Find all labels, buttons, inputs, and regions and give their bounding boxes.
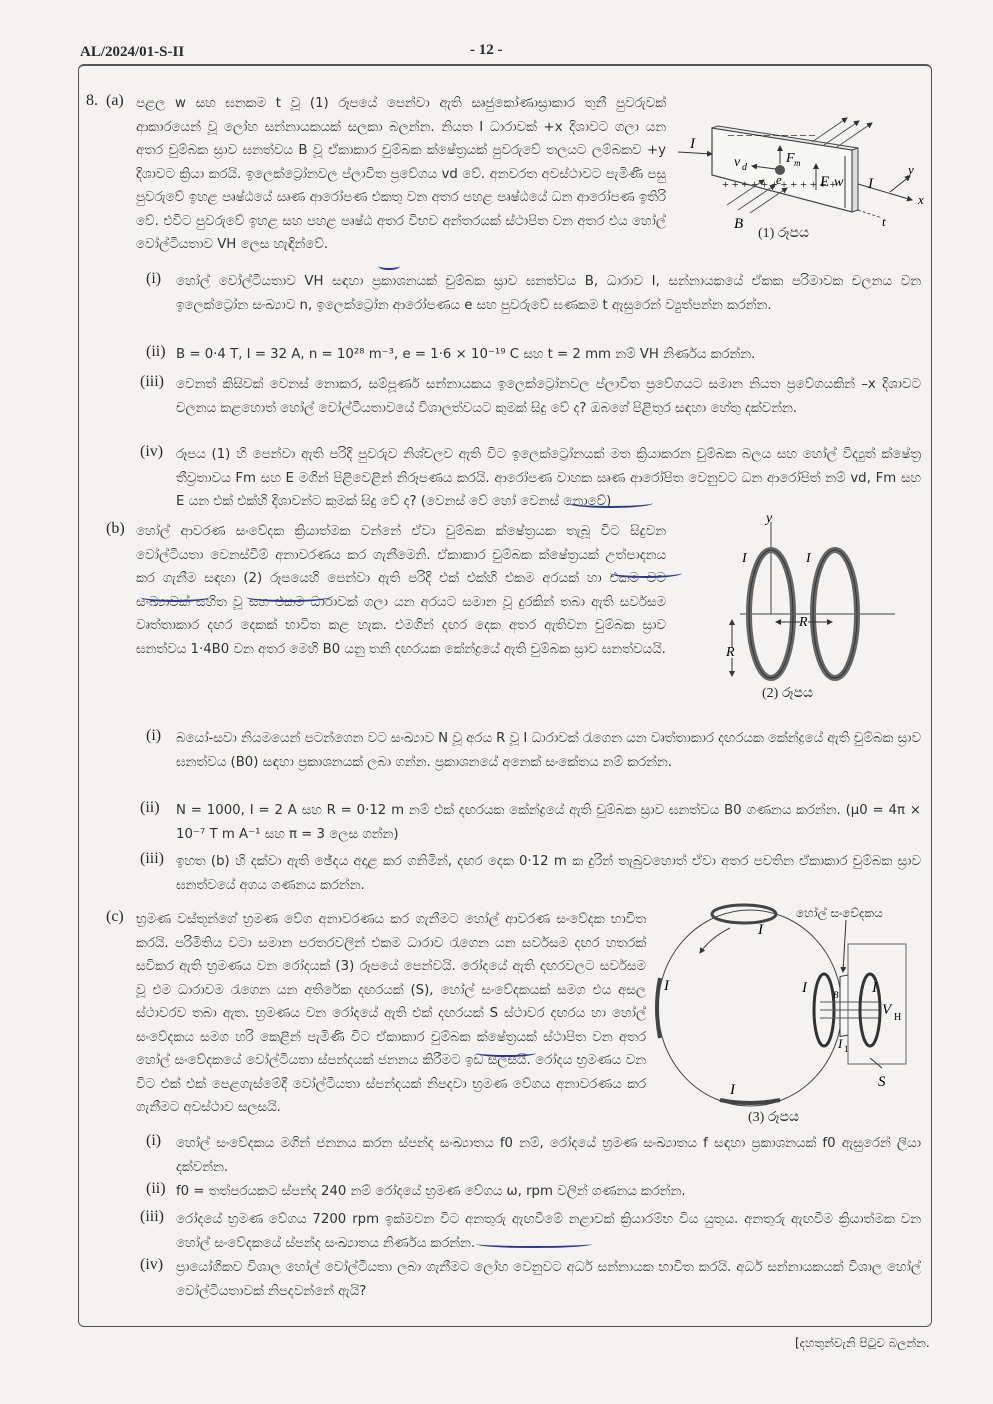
part-a-sub-iv-text: රූපය (1) හි පෙන්වා ඇති පරිදි පුවරුව නිශ්… (176, 443, 921, 514)
svg-text:I: I (729, 1082, 736, 1098)
part-c-sub-i-label: (i) (146, 1132, 161, 1150)
svg-text:I: I (801, 980, 808, 996)
svg-text:I: I (757, 922, 764, 938)
part-c-sub-iii-text: රෝදයේ භ්‍රමණ වේගය 7200 rpm ඉක්මවන විට අන… (176, 1208, 921, 1255)
figure-2-caption: (2) රූපය (762, 686, 813, 702)
svg-text:E: E (819, 174, 829, 190)
part-b-label: (b) (106, 520, 125, 538)
part-c-sub-iv-text: ප්‍රායෝගිකව විශාල හෝල් වෝල්ටීයතා ලබා ගැන… (176, 1256, 921, 1303)
svg-text:‒ ‒ ‒ ‒ ‒ ‒ ‒ ‒ ‒ ‒: ‒ ‒ ‒ ‒ ‒ ‒ ‒ ‒ ‒ ‒ (727, 127, 816, 141)
part-c-sub-ii-text: f0 = තත්පරයකට ස්පන්ද 240 නම් රෝදයේ භ්‍රම… (176, 1180, 921, 1204)
ink-underline (246, 592, 330, 602)
svg-text:v: v (734, 155, 741, 170)
rotating-wheel-diagram: I I I I B I1 I VH S (650, 898, 930, 1134)
svg-text:I: I (805, 551, 812, 566)
paper-code: AL/2024/01-S-II (80, 44, 184, 61)
part-a-sub-ii-label: (ii) (146, 343, 166, 361)
svg-text:I: I (837, 1036, 843, 1051)
part-c-sub-ii-label: (ii) (146, 1180, 166, 1198)
svg-text:B: B (833, 990, 839, 1000)
part-a-sub-i-label: (i) (146, 270, 161, 288)
part-b-sub-i-text: බයෝ-සවා නියමයෙන් පටන්ගෙන වට සංඛ්‍යාව N ව… (176, 727, 921, 774)
helmholtz-coils-diagram: y I I R R (700, 508, 920, 708)
part-c-sub-iii-label: (iii) (140, 1208, 164, 1226)
svg-text:y: y (764, 511, 773, 526)
svg-text:H: H (894, 1012, 901, 1023)
ink-underline (378, 262, 400, 270)
svg-text:m: m (794, 158, 801, 168)
svg-text:V: V (882, 1002, 893, 1018)
part-a-sub-i-text: හෝල් වෝල්ටීයතාව VH සඳහා ප්‍රකාශනයක් චුම්… (176, 270, 921, 317)
part-a-sub-iv-label: (iv) (140, 443, 163, 461)
ink-underline (568, 498, 653, 508)
part-a-sub-ii-text: B = 0·4 T, I = 32 A, n = 10²⁸ m⁻³, e = 1… (176, 343, 921, 367)
svg-text:I: I (867, 176, 874, 192)
part-c-sub-iv-label: (iv) (140, 1256, 163, 1274)
part-b-intro: හෝල් ආවරණ සංවේදක ක්‍රියාත්මක වන්නේ ඒවා ච… (136, 520, 666, 661)
ink-underline (140, 592, 210, 602)
part-a-intro: පළල w සහ ඝනකම t වූ (1) රූපයේ පෙන්වා ඇති … (136, 92, 666, 257)
part-b-sub-ii-text: N = 1000, I = 2 A සහ R = 0·12 m නම් එක් … (176, 799, 921, 846)
part-a-sub-iii-text: වෙනත් කිසිවක් වෙනස් නොකර, සම්පූර්ණ සන්නා… (176, 373, 921, 420)
figure-3-caption: (3) රූපය (748, 1110, 799, 1126)
hall-sensor-label: හෝල් සංවේදකය (796, 906, 883, 921)
svg-text:B: B (734, 216, 743, 232)
figure-1-caption: (1) රූපය (758, 226, 809, 242)
part-a-label: (a) (106, 92, 124, 110)
page-number: - 12 - (470, 42, 503, 59)
figure-3: I I I I B I1 I VH S හෝල් සංවේදකය (3) රූප… (650, 898, 930, 1134)
svg-text:t: t (882, 214, 886, 229)
svg-text:I: I (689, 136, 696, 152)
svg-text:I: I (871, 980, 878, 996)
question-number: 8. (86, 92, 98, 110)
svg-text:R: R (798, 615, 808, 630)
part-b-sub-ii-label: (ii) (140, 799, 160, 817)
svg-text:I: I (741, 551, 748, 566)
part-b-sub-i-label: (i) (146, 727, 161, 745)
svg-text:y: y (906, 162, 914, 177)
svg-text:w: w (834, 175, 844, 190)
figure-2: y I I R R (2) රූපය (700, 508, 920, 708)
svg-text:R: R (725, 645, 735, 660)
svg-text:I: I (663, 978, 670, 994)
part-b-sub-iii-text: ඉහත (b) හි දක්වා ඇති ඡේදය අදාළ කර ගනිමින… (176, 850, 921, 897)
ink-underline (610, 568, 682, 578)
part-c-sub-i-text: හෝල් සංවේදකය මගින් ජනනය කරන ස්පන්ද සංඛ්‍… (176, 1132, 921, 1179)
ink-underline (476, 1240, 592, 1248)
part-b-sub-iii-label: (iii) (140, 850, 164, 868)
svg-text:S: S (878, 1074, 886, 1090)
part-a-sub-iii-label: (iii) (140, 373, 164, 391)
figure-1: I ‒ ‒ ‒ ‒ ‒ ‒ ‒ ‒ ‒ ‒ + + + + + + + + + … (672, 100, 932, 250)
part-c-label: (c) (106, 908, 124, 926)
svg-text:x: x (917, 192, 924, 207)
turn-over-note: [දහතුන්වැනි පිටුව බලන්න. (795, 1336, 930, 1351)
part-c-intro: භ්‍රමණ වස්තූන්ගේ භ්‍රමණ වේග අනාවරණය කර ග… (136, 908, 646, 1120)
ink-underline (476, 1049, 536, 1057)
svg-text:e: e (776, 172, 782, 187)
